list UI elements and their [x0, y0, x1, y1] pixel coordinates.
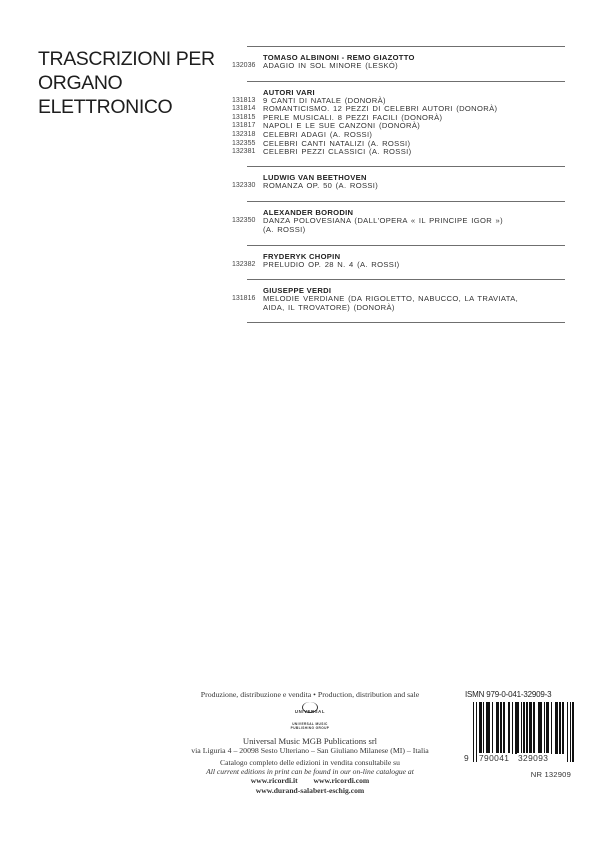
item-title-continuation: (A. ROSSI)	[263, 226, 567, 235]
universal-logo: UNIVERSAL UNIVERSAL MUSIC PUBLISHING GRO…	[280, 702, 340, 736]
series-title-line: TRASCRIZIONI PER	[38, 47, 243, 71]
item-code: 132382	[232, 261, 262, 270]
catalog-item: 132350DANZA POLOVESIANA (DALL'OPERA « IL…	[247, 217, 567, 234]
item-code: 132381	[232, 148, 262, 157]
logo-wordmark: UNIVERSAL	[280, 709, 340, 714]
link-ricordi-com[interactable]: www.ricordi.com	[314, 776, 370, 785]
catalog-section: FRYDERYK CHOPIN132382PRELUDIO OP. 28 N. …	[247, 245, 567, 280]
catalogue-number: NR 132909	[465, 770, 575, 779]
item-title: DANZA POLOVESIANA (DALL'OPERA « IL PRINC…	[263, 217, 565, 226]
publisher-footer: Produzione, distribuzione e vendita • Pr…	[160, 690, 460, 796]
logo-subtitle-line: PUBLISHING GROUP	[280, 726, 340, 730]
barcode-digits-group1: 790041	[478, 753, 510, 763]
item-code: 132330	[232, 182, 262, 191]
catalog-section: GIUSEPPE VERDI131816MELODIE VERDIANE (DA…	[247, 279, 567, 322]
barcode-block: ISMN 979-0-041-32909-3 9 790041 329093 N…	[465, 690, 575, 779]
production-note: Produzione, distribuzione e vendita • Pr…	[160, 690, 460, 699]
item-title: ROMANZA OP. 50 (A. ROSSI)	[263, 182, 567, 191]
item-code: 132318	[232, 131, 262, 140]
catalogue-note-en: All current editions in print can be fou…	[160, 767, 460, 776]
item-title-continuation: AIDA, IL TROVATORE) (DONORÀ)	[263, 304, 567, 313]
item-code: 131817	[232, 122, 262, 131]
website-links: www.ricordi.it www.ricordi.com	[160, 776, 460, 786]
catalog-item: 132381CELEBRI PEZZI CLASSICI (A. ROSSI)	[247, 148, 567, 157]
series-title: TRASCRIZIONI PER ORGANO ELETTRONICO	[38, 47, 243, 119]
company-name: Universal Music MGB Publications srl	[160, 736, 460, 746]
item-code: 132350	[232, 217, 262, 226]
series-title-line: ELETTRONICO	[38, 95, 243, 119]
barcode-digits-group2: 329093	[517, 753, 549, 763]
item-code: 132036	[232, 62, 262, 71]
section-divider	[247, 245, 565, 246]
section-divider	[247, 322, 565, 323]
catalog-list: TOMASO ALBINONI - REMO GIAZOTTO132036ADA…	[247, 46, 567, 323]
section-divider	[247, 279, 565, 280]
catalog-item: 132036ADAGIO IN SOL MINORE (LESKÓ)	[247, 62, 567, 71]
link-durand[interactable]: www.durand-salabert-eschig.com	[160, 786, 460, 796]
item-code: 131814	[232, 105, 262, 114]
item-title: CELEBRI PEZZI CLASSICI (A. ROSSI)	[263, 148, 567, 157]
catalog-item: 132382PRELUDIO OP. 28 N. 4 (A. ROSSI)	[247, 261, 567, 270]
catalog-section: LUDWIG VAN BEETHOVEN132330ROMANZA OP. 50…	[247, 166, 567, 202]
catalog-section: AUTORI VARI1318139 CANTI DI NATALE (DONO…	[247, 81, 567, 166]
series-title-line: ORGANO	[38, 71, 243, 95]
barcode-digit-first: 9	[464, 753, 469, 763]
section-divider	[247, 81, 565, 82]
catalog-item: 132330ROMANZA OP. 50 (A. ROSSI)	[247, 182, 567, 191]
link-ricordi-it[interactable]: www.ricordi.it	[251, 776, 298, 785]
catalogue-note-it: Catalogo completo delle edizioni in vend…	[160, 758, 460, 767]
item-code: 131815	[232, 114, 262, 123]
item-code: 131816	[232, 295, 262, 304]
item-code: 131813	[232, 97, 262, 106]
catalog-item: 131816MELODIE VERDIANE (DA RIGOLETTO, NA…	[247, 295, 567, 312]
catalog-section: ALEXANDER BORODIN132350DANZA POLOVESIANA…	[247, 201, 567, 244]
section-divider	[247, 166, 565, 167]
catalog-section: TOMASO ALBINONI - REMO GIAZOTTO132036ADA…	[247, 46, 567, 81]
logo-subtitle: UNIVERSAL MUSIC PUBLISHING GROUP	[280, 722, 340, 730]
company-address: via Liguria 4 – 20098 Sesto Ulteriano – …	[160, 746, 460, 756]
item-title: PRELUDIO OP. 28 N. 4 (A. ROSSI)	[263, 261, 567, 270]
barcode: 9 790041 329093	[465, 702, 575, 762]
item-code: 132355	[232, 140, 262, 149]
ismn-label: ISMN 979-0-041-32909-3	[465, 690, 575, 699]
section-divider	[247, 201, 565, 202]
section-divider	[247, 46, 565, 47]
item-title: ADAGIO IN SOL MINORE (LESKÓ)	[263, 62, 567, 71]
